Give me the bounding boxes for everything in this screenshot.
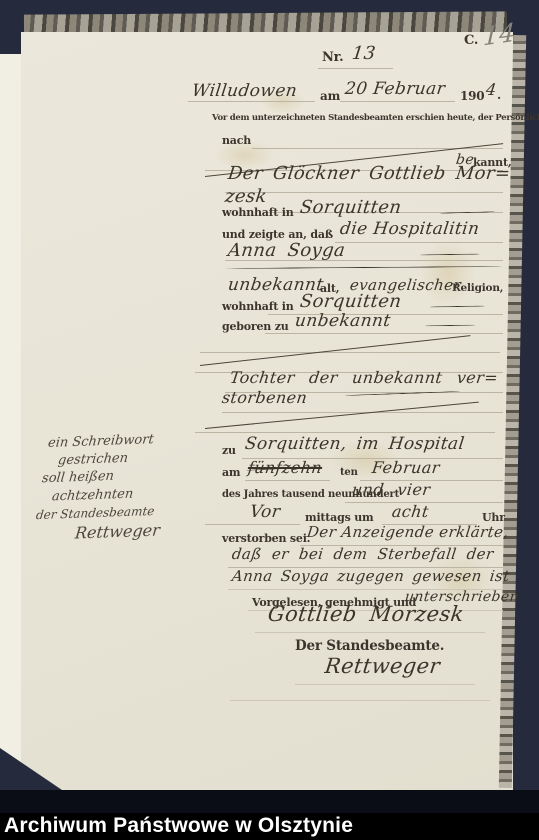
- ruled-line: [205, 524, 300, 525]
- parentage-line1: Tochter der unbekannt ver=: [229, 368, 499, 387]
- record-no-value: 13: [351, 43, 377, 64]
- religion-label: Religion,: [452, 282, 503, 294]
- ruled-line: [245, 480, 330, 481]
- residence-2: Sorquitten: [299, 291, 403, 312]
- margin-note-signature: Rettweger: [74, 520, 161, 542]
- vor-value: Vor: [249, 502, 282, 522]
- header-year-digit: 4: [485, 80, 498, 99]
- remark-line1: Der Anzeigende erklärte,: [306, 523, 510, 541]
- margin-note-line: soll heißen: [41, 469, 114, 487]
- registrar-label: Der Standesbeamte.: [295, 638, 444, 654]
- ten-label: ten: [340, 467, 358, 478]
- intro-printed-line: Vor dem unterzeichneten Standesbeamten e…: [212, 113, 539, 123]
- death-year-value: und vier: [351, 480, 432, 499]
- geboren-label: geboren zu: [222, 320, 289, 333]
- am-label: am: [222, 466, 240, 479]
- residence-1: Sorquitten: [299, 197, 403, 218]
- declarant-line1: Der Glöckner Gottlieb Mor=: [227, 163, 512, 184]
- book-bottom-shadow: [0, 790, 539, 813]
- ruled-line: [340, 101, 455, 102]
- header-date: 20 Februar: [344, 79, 447, 99]
- deceased-desc: die Hospitalitin: [339, 219, 481, 239]
- remark-line3: Anna Soyga zugegen gewesen ist: [231, 567, 511, 585]
- signature-registrar: Rettweger: [324, 654, 442, 678]
- verstorben-label: verstorben sei.: [222, 532, 310, 545]
- death-month: Februar: [371, 458, 441, 477]
- margin-note-line: achtzehnten: [51, 487, 134, 505]
- wohnhaft-label-1: wohnhaft in: [222, 206, 294, 219]
- header-period: .: [497, 88, 501, 102]
- signature-declarant: Gottlieb Morzesk: [267, 602, 466, 626]
- ruled-line: [230, 700, 490, 701]
- wohnhaft-label-2: wohnhaft in: [222, 300, 294, 313]
- ruled-line: [335, 242, 503, 243]
- remark-line2: daß er bei dem Sterbefall der: [231, 545, 495, 563]
- ruled-line: [195, 432, 495, 433]
- ruled-line: [255, 632, 485, 633]
- corner-letter: C.: [464, 33, 478, 48]
- ruled-line: [225, 260, 503, 261]
- archive-name: Archiwum Państwowe w Olsztynie: [0, 813, 539, 838]
- ruled-line: [188, 101, 315, 102]
- header-year-printed: 190: [460, 89, 484, 103]
- header-am-label: am: [320, 89, 340, 103]
- ruled-line: [265, 333, 503, 334]
- corner-page-number: 14: [483, 18, 516, 52]
- deceased-name: Anna Soyga: [227, 240, 347, 261]
- ruled-line: [295, 684, 475, 685]
- record-no-label: Nr.: [322, 50, 343, 65]
- nach-label: nach: [222, 134, 251, 147]
- hour-value: acht: [391, 502, 430, 521]
- archival-scan-photo: C. 14 Nr. 13 Willudowen am 20 Februar 19…: [0, 0, 539, 840]
- archive-caption-bar: Archiwum Państwowe w Olsztynie: [0, 813, 539, 840]
- margin-note-line: gestrichen: [57, 451, 129, 469]
- birthplace-value: unbekannt: [294, 311, 392, 331]
- parentage-line2: storbenen: [221, 388, 309, 407]
- zu-label: zu: [222, 444, 236, 457]
- death-place: Sorquitten, im Hospital: [244, 434, 466, 454]
- ruled-line: [200, 352, 500, 353]
- ruled-line: [318, 68, 393, 69]
- header-place: Willudowen: [191, 81, 299, 101]
- page-left-fold-edge: [0, 54, 22, 790]
- declarant-line2: zesk: [224, 186, 268, 207]
